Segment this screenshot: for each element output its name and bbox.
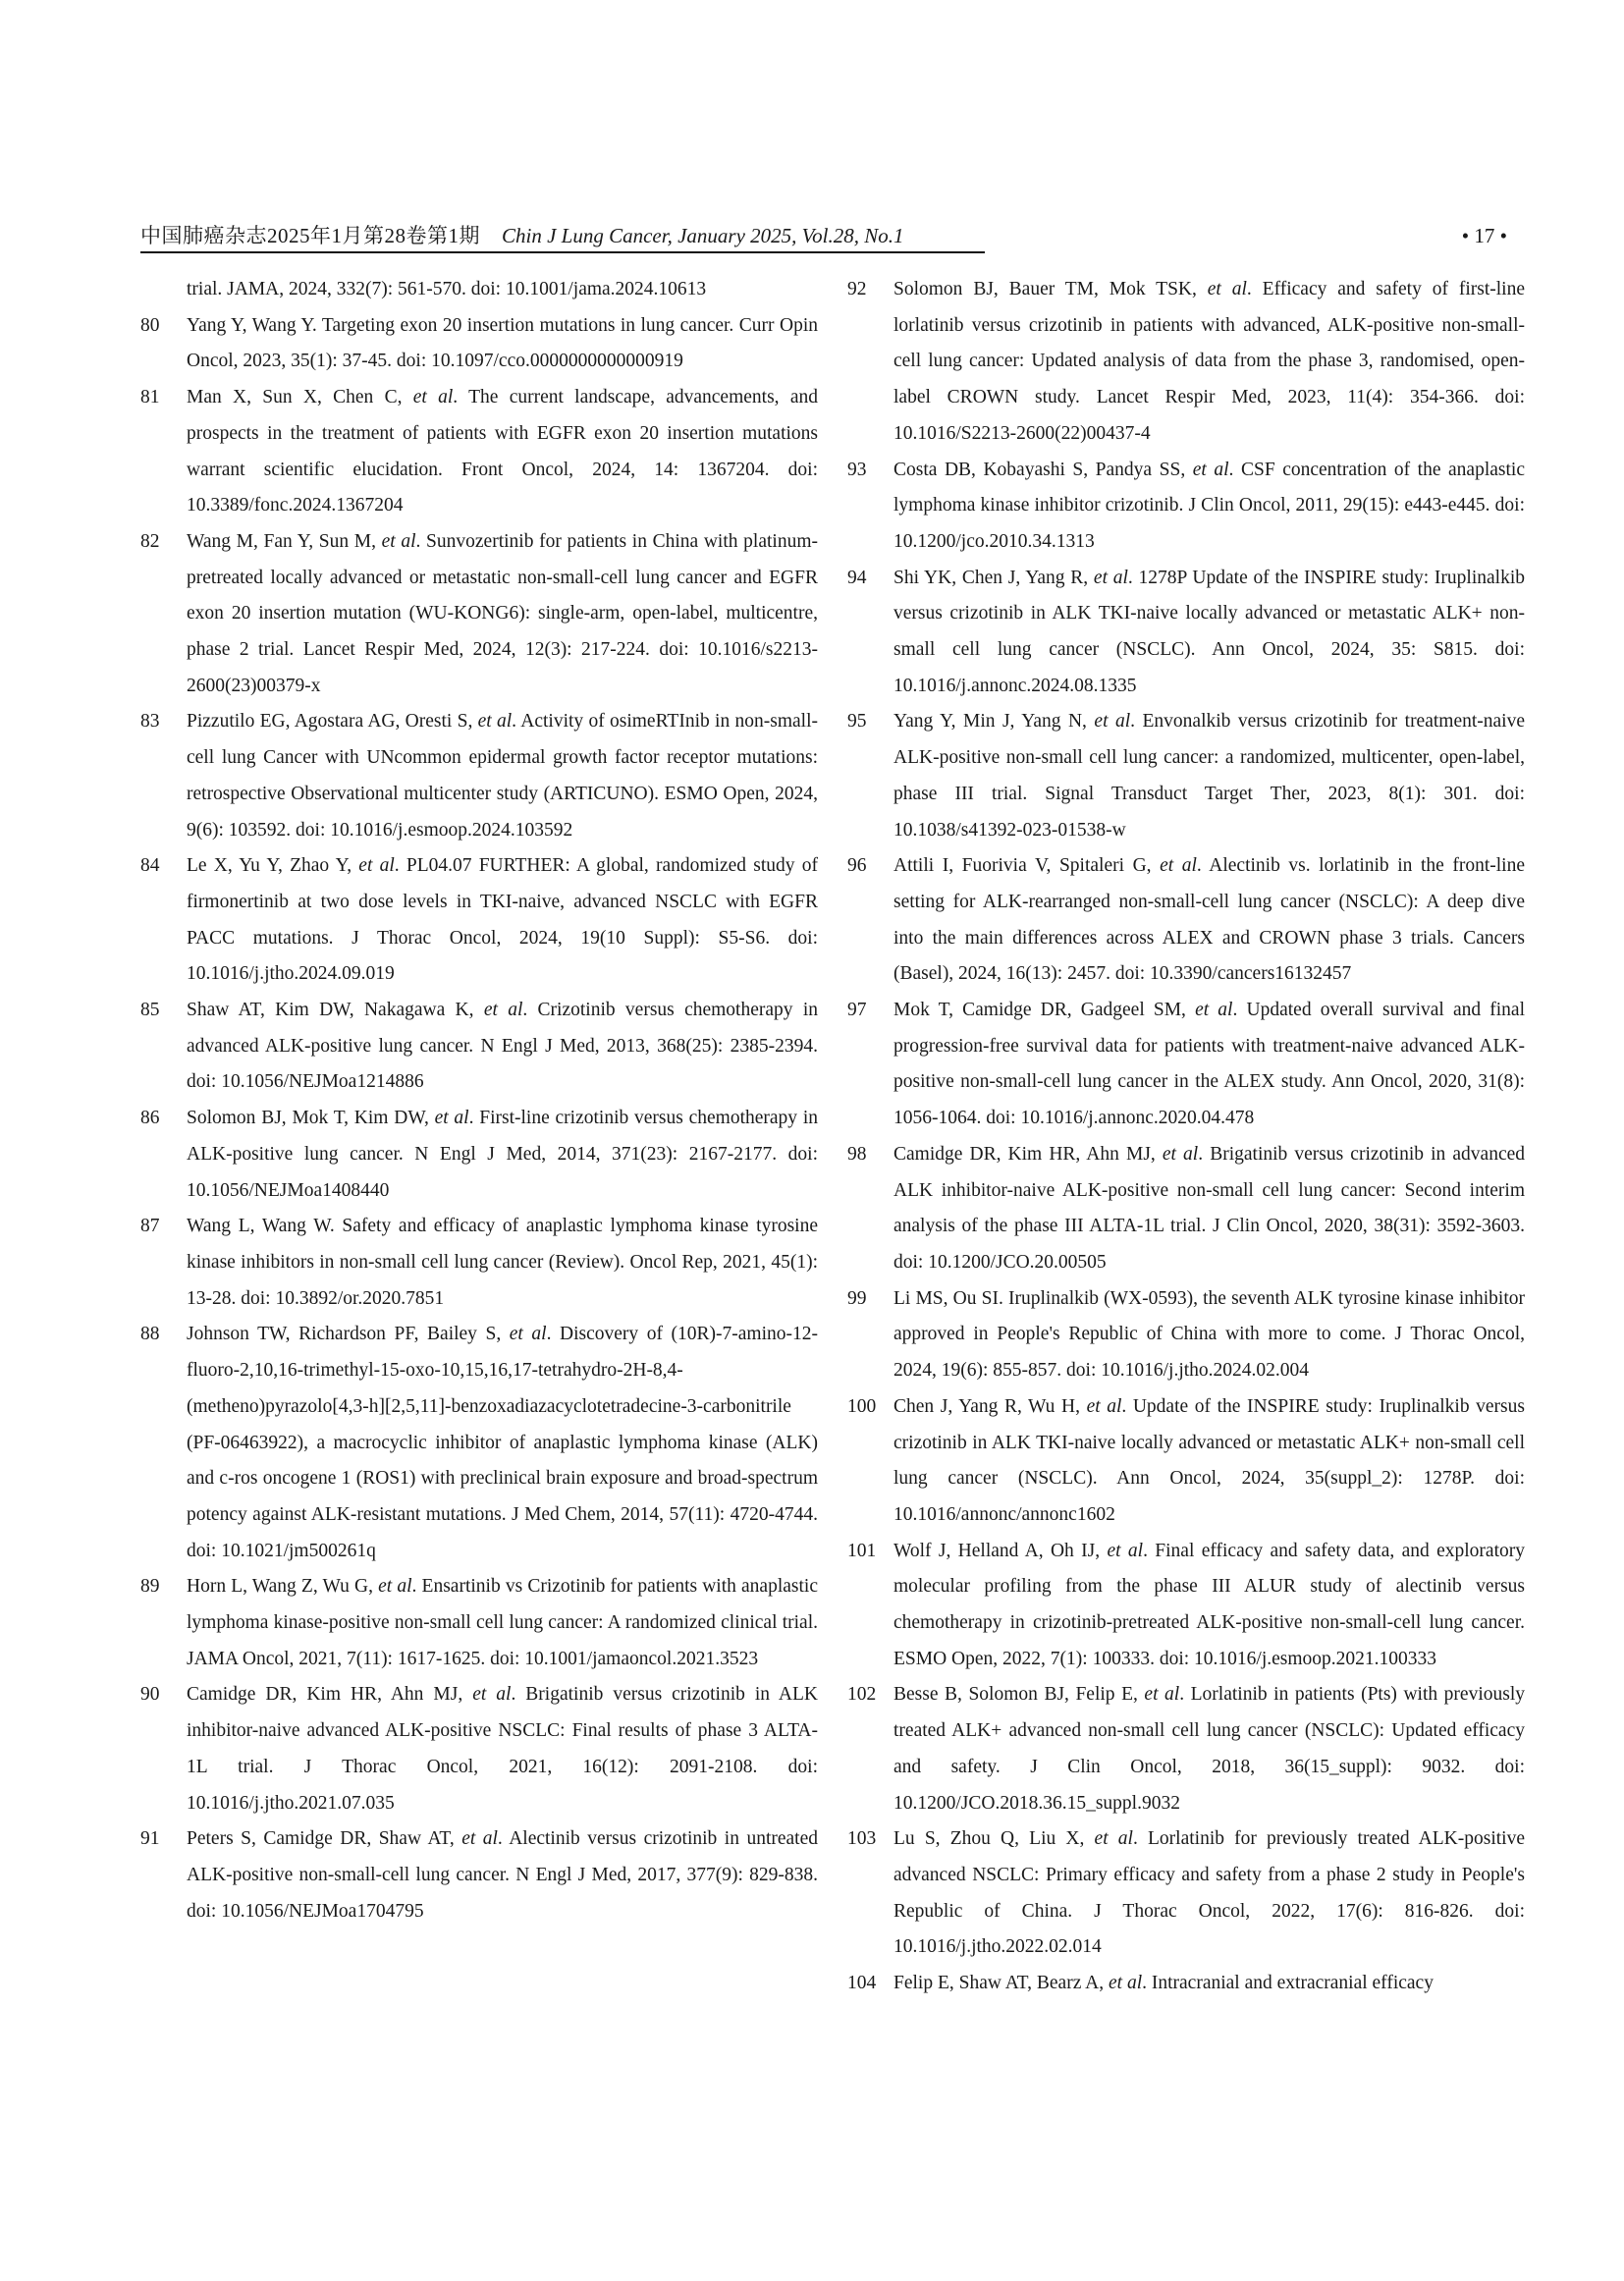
reference-number: 83 (140, 704, 184, 740)
reference-item: 84Le X, Yu Y, Zhao Y, et al. PL04.07 FUR… (140, 848, 818, 993)
reference-item: 92Solomon BJ, Bauer TM, Mok TSK, et al. … (847, 272, 1525, 453)
reference-item: 81Man X, Sun X, Chen C, et al. The curre… (140, 380, 818, 524)
reference-number: 87 (140, 1209, 184, 1245)
reference-number: 97 (847, 993, 891, 1029)
page-number: • 17 • (1462, 222, 1507, 249)
references-column-right: 92Solomon BJ, Bauer TM, Mok TSK, et al. … (847, 272, 1525, 2002)
reference-item: 82Wang M, Fan Y, Sun M, et al. Sunvozert… (140, 524, 818, 705)
reference-item: 80Yang Y, Wang Y. Targeting exon 20 inse… (140, 308, 818, 380)
reference-number: 80 (140, 308, 184, 345)
reference-text: Shi YK, Chen J, Yang R, et al. 1278P Upd… (893, 561, 1525, 705)
reference-text: Camidge DR, Kim HR, Ahn MJ, et al. Briga… (187, 1677, 818, 1821)
reference-number: 93 (847, 453, 891, 489)
reference-item: 88Johnson TW, Richardson PF, Bailey S, e… (140, 1317, 818, 1569)
reference-text: Lu S, Zhou Q, Liu X, et al. Lorlatinib f… (893, 1821, 1525, 1966)
reference-text: Horn L, Wang Z, Wu G, et al. Ensartinib … (187, 1569, 818, 1677)
references-column-left: trial. JAMA, 2024, 332(7): 561-570. doi:… (140, 272, 818, 1929)
reference-item: 85Shaw AT, Kim DW, Nakagawa K, et al. Cr… (140, 993, 818, 1101)
reference-text: Costa DB, Kobayashi S, Pandya SS, et al.… (893, 453, 1525, 561)
reference-item: 104Felip E, Shaw AT, Bearz A, et al. Int… (847, 1966, 1525, 2002)
reference-number: 81 (140, 380, 184, 416)
reference-number: 102 (847, 1677, 891, 1713)
reference-number: 85 (140, 993, 184, 1029)
reference-text: Shaw AT, Kim DW, Nakagawa K, et al. Criz… (187, 993, 818, 1101)
reference-item: 86Solomon BJ, Mok T, Kim DW, et al. Firs… (140, 1101, 818, 1209)
reference-number: 88 (140, 1317, 184, 1353)
reference-number: 95 (847, 704, 891, 740)
reference-text: Johnson TW, Richardson PF, Bailey S, et … (187, 1317, 818, 1569)
reference-number: 103 (847, 1821, 891, 1858)
reference-item: 90Camidge DR, Kim HR, Ahn MJ, et al. Bri… (140, 1677, 818, 1821)
reference-text: Mok T, Camidge DR, Gadgeel SM, et al. Up… (893, 993, 1525, 1137)
reference-number: 96 (847, 848, 891, 885)
reference-item: 83Pizzutilo EG, Agostara AG, Oresti S, e… (140, 704, 818, 848)
reference-text: Chen J, Yang R, Wu H, et al. Update of t… (893, 1389, 1525, 1534)
journal-title-en: Chin J Lung Cancer, January 2025, Vol.28… (502, 224, 904, 247)
reference-item: 95Yang Y, Min J, Yang N, et al. Envonalk… (847, 704, 1525, 848)
reference-text: Wang L, Wang W. Safety and efficacy of a… (187, 1209, 818, 1317)
reference-text: Felip E, Shaw AT, Bearz A, et al. Intrac… (893, 1966, 1525, 2002)
reference-number: 82 (140, 524, 184, 561)
reference-text: Pizzutilo EG, Agostara AG, Oresti S, et … (187, 704, 818, 848)
reference-item: 97Mok T, Camidge DR, Gadgeel SM, et al. … (847, 993, 1525, 1137)
reference-item: 89Horn L, Wang Z, Wu G, et al. Ensartini… (140, 1569, 818, 1677)
reference-item: 93Costa DB, Kobayashi S, Pandya SS, et a… (847, 453, 1525, 561)
reference-text: Attili I, Fuorivia V, Spitaleri G, et al… (893, 848, 1525, 993)
reference-item: 87Wang L, Wang W. Safety and efficacy of… (140, 1209, 818, 1317)
reference-number: 101 (847, 1534, 891, 1570)
reference-number: 90 (140, 1677, 184, 1713)
reference-number: 91 (140, 1821, 184, 1858)
reference-item: 94Shi YK, Chen J, Yang R, et al. 1278P U… (847, 561, 1525, 705)
reference-item: trial. JAMA, 2024, 332(7): 561-570. doi:… (140, 272, 818, 308)
reference-text: Le X, Yu Y, Zhao Y, et al. PL04.07 FURTH… (187, 848, 818, 993)
reference-text: Solomon BJ, Mok T, Kim DW, et al. First-… (187, 1101, 818, 1209)
reference-item: 99Li MS, Ou SI. Iruplinalkib (WX-0593), … (847, 1281, 1525, 1389)
reference-text: Wolf J, Helland A, Oh IJ, et al. Final e… (893, 1534, 1525, 1678)
journal-title-zh: 中国肺癌杂志2025年1月第28卷第1期 (140, 224, 480, 247)
reference-item: 103Lu S, Zhou Q, Liu X, et al. Lorlatini… (847, 1821, 1525, 1966)
reference-number: 99 (847, 1281, 891, 1318)
reference-number: 98 (847, 1137, 891, 1173)
reference-text: trial. JAMA, 2024, 332(7): 561-570. doi:… (187, 272, 818, 308)
reference-text: Man X, Sun X, Chen C, et al. The current… (187, 380, 818, 524)
reference-number: 92 (847, 272, 891, 308)
reference-number: 86 (140, 1101, 184, 1137)
reference-number: 84 (140, 848, 184, 885)
reference-item: 102Besse B, Solomon BJ, Felip E, et al. … (847, 1677, 1525, 1821)
reference-number: 104 (847, 1966, 891, 2002)
reference-item: 101Wolf J, Helland A, Oh IJ, et al. Fina… (847, 1534, 1525, 1678)
reference-number: 94 (847, 561, 891, 597)
reference-text: Camidge DR, Kim HR, Ahn MJ, et al. Briga… (893, 1137, 1525, 1281)
reference-text: Besse B, Solomon BJ, Felip E, et al. Lor… (893, 1677, 1525, 1821)
reference-text: Yang Y, Min J, Yang N, et al. Envonalkib… (893, 704, 1525, 848)
reference-number: 100 (847, 1389, 891, 1426)
reference-text: Wang M, Fan Y, Sun M, et al. Sunvozertin… (187, 524, 818, 705)
journal-header: 中国肺癌杂志2025年1月第28卷第1期Chin J Lung Cancer, … (140, 222, 985, 253)
reference-text: Solomon BJ, Bauer TM, Mok TSK, et al. Ef… (893, 272, 1525, 453)
reference-text: Li MS, Ou SI. Iruplinalkib (WX-0593), th… (893, 1281, 1525, 1389)
reference-text: Yang Y, Wang Y. Targeting exon 20 insert… (187, 308, 818, 380)
reference-item: 96Attili I, Fuorivia V, Spitaleri G, et … (847, 848, 1525, 993)
reference-number: 89 (140, 1569, 184, 1605)
reference-text: Peters S, Camidge DR, Shaw AT, et al. Al… (187, 1821, 818, 1929)
running-header: 中国肺癌杂志2025年1月第28卷第1期Chin J Lung Cancer, … (140, 222, 1507, 251)
reference-item: 98Camidge DR, Kim HR, Ahn MJ, et al. Bri… (847, 1137, 1525, 1281)
reference-item: 100Chen J, Yang R, Wu H, et al. Update o… (847, 1389, 1525, 1534)
reference-item: 91Peters S, Camidge DR, Shaw AT, et al. … (140, 1821, 818, 1929)
